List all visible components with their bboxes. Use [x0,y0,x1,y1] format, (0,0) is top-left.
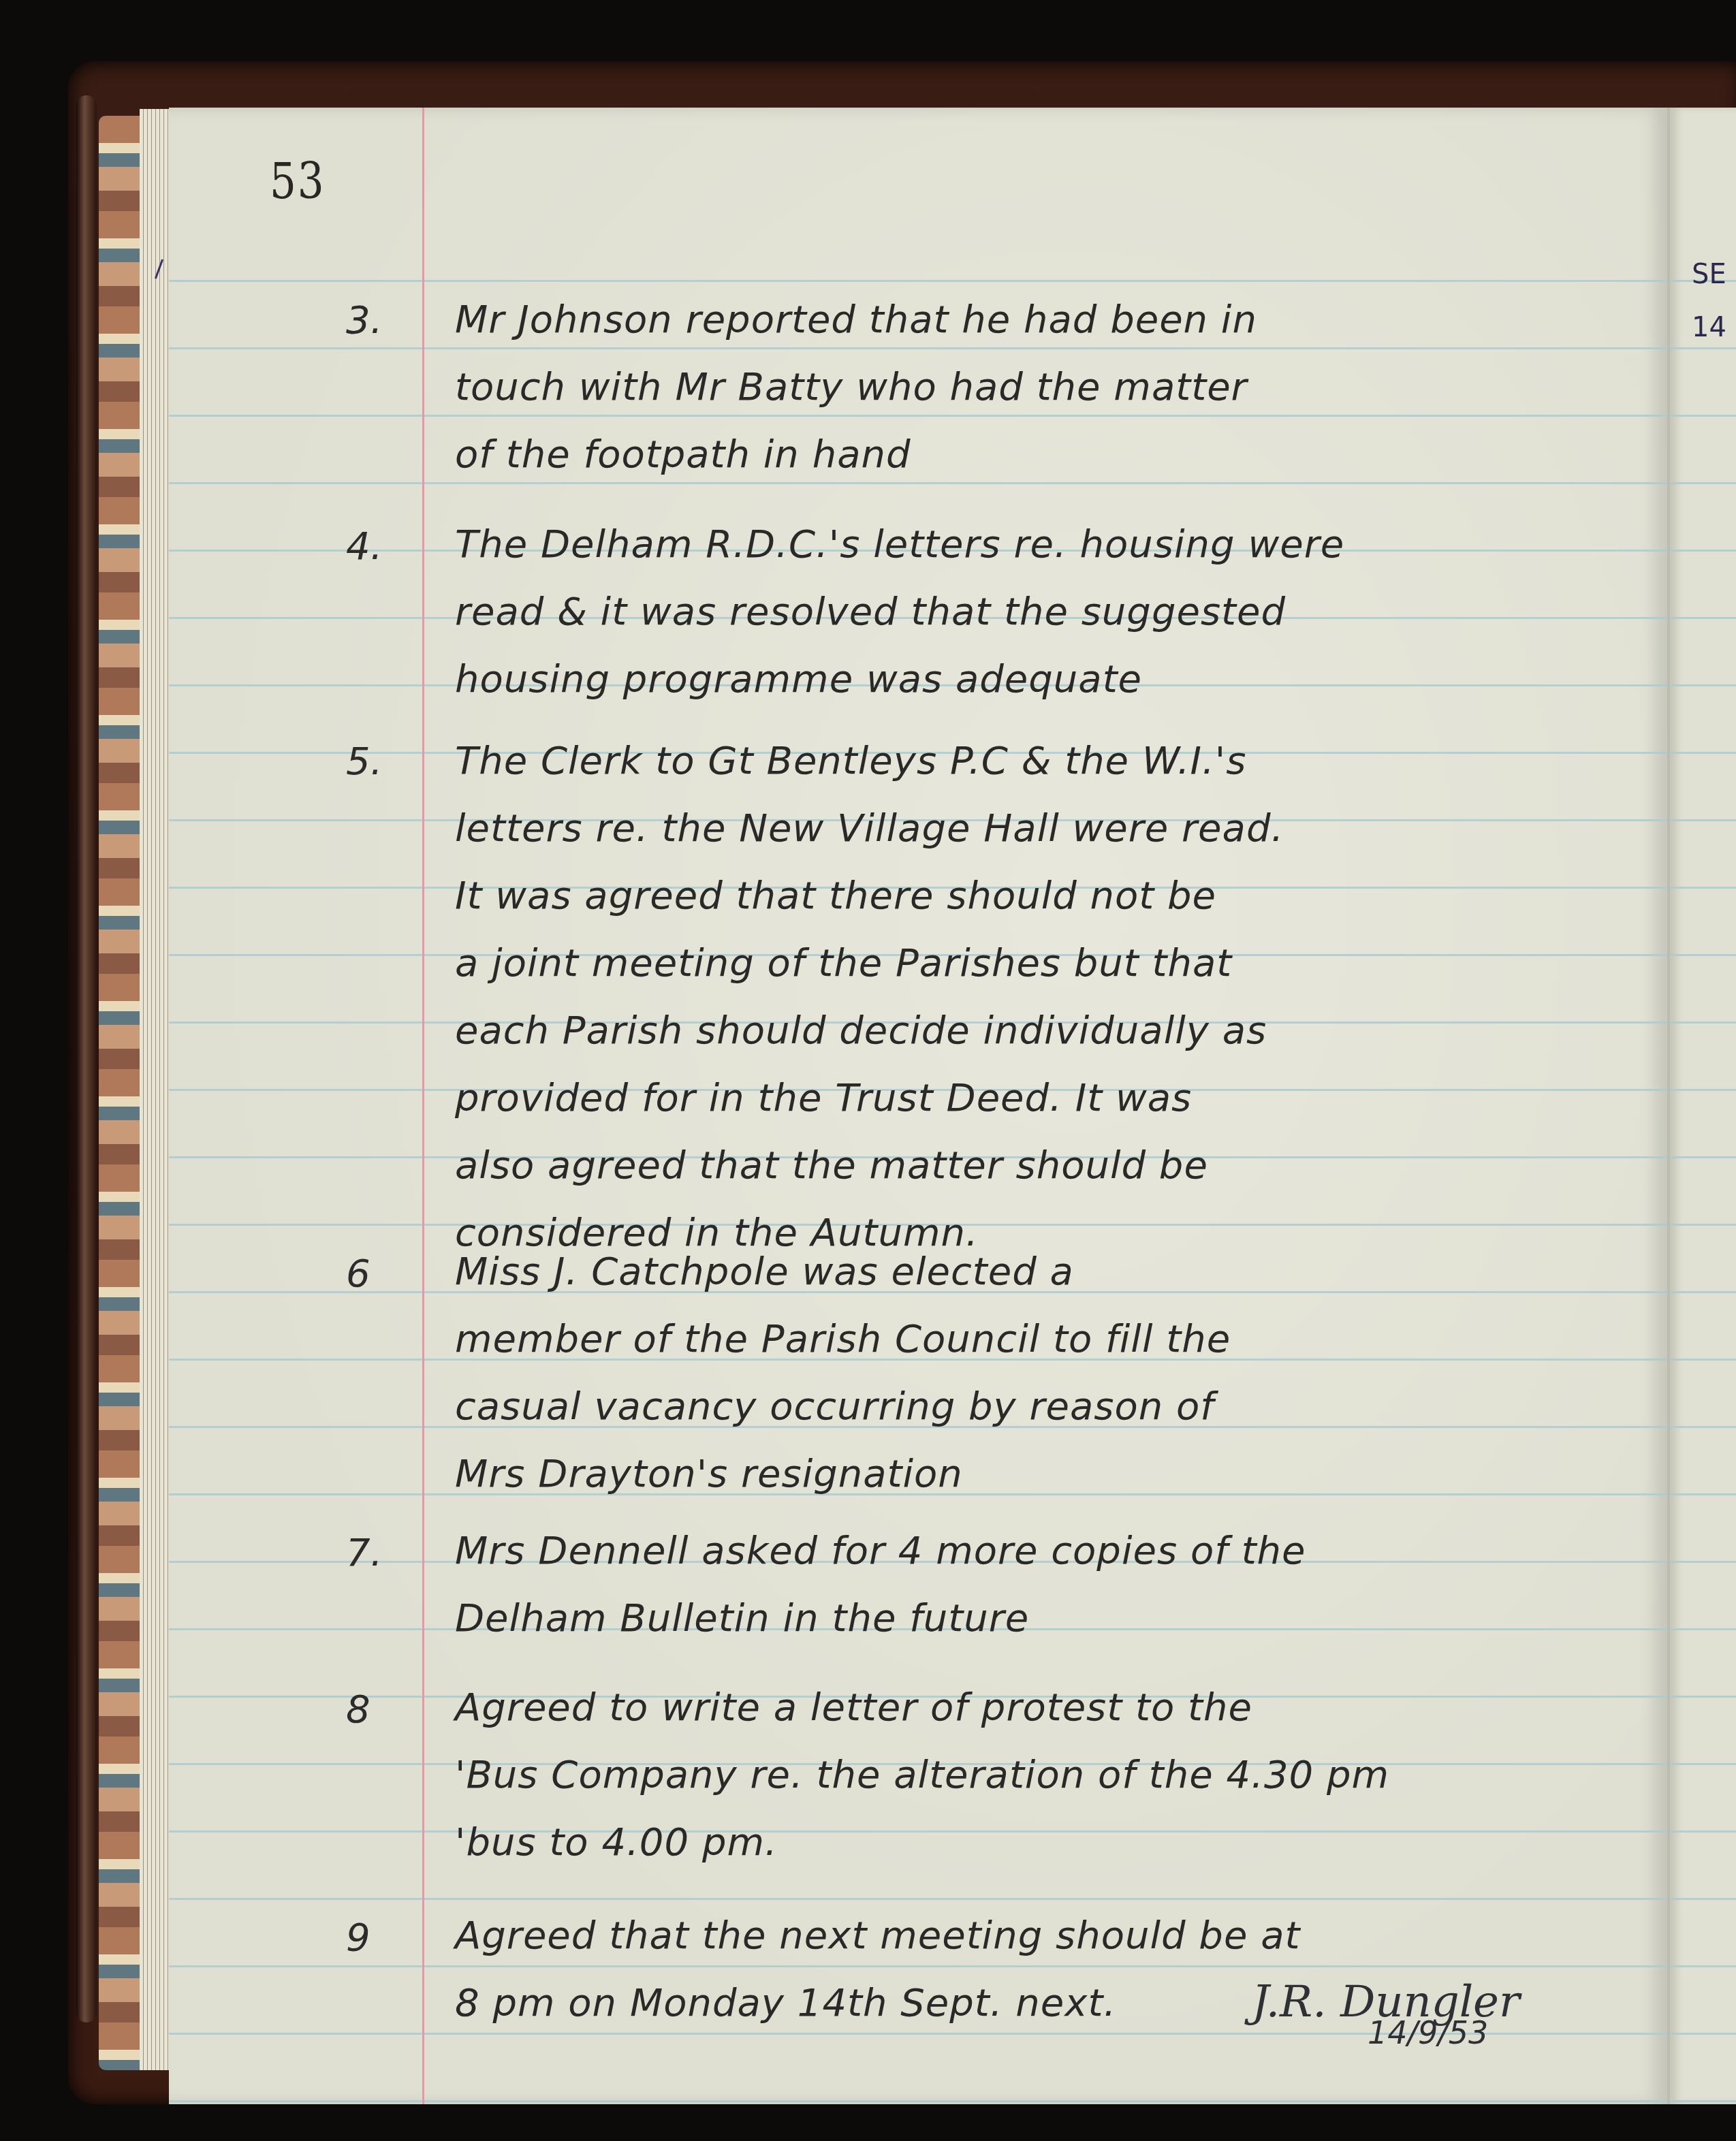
ruled-line [1670,752,1736,754]
item-line: also agreed that the matter should be [455,1132,1654,1199]
item-text: The Delham R.D.C.'s letters re. housing … [455,511,1654,713]
facing-page-text: 14 [1692,312,1726,343]
marbled-page-edges [99,116,140,2070]
ruled-line [1670,819,1736,821]
page-number: 53 [270,153,325,210]
item-number: 7. [346,1531,382,1575]
item-line: Mrs Dennell asked for 4 more copies of t… [455,1517,1654,1585]
ruled-line [1670,1224,1736,1226]
margin-line [422,108,424,2104]
page-stack [140,109,170,2070]
item-line: housing programme was adequate [455,646,1654,713]
item-number: 6 [346,1252,370,1296]
ruled-line [1670,887,1736,889]
item-line: a joint meeting of the Parishes but that [455,930,1654,997]
ruled-line [1670,415,1736,417]
item-line: Agreed to write a letter of protest to t… [455,1674,1654,1741]
item-text: Mr Johnson reported that he had been in … [455,286,1654,488]
item-text: Miss J. Catchpole was elected a member o… [455,1238,1654,1508]
ruled-line [1670,1696,1736,1698]
item-line: read & it was resolved that the suggeste… [455,578,1654,646]
ruled-line [1670,1021,1736,1024]
ruled-line [1670,347,1736,349]
ruled-line [1670,1628,1736,1630]
cover-spine-edge [76,95,97,2023]
ruled-line [1670,550,1736,552]
signature-date: 14/9/53 [1368,2014,1488,2051]
item-line: Agreed that the next meeting should be a… [455,1902,1654,1969]
item-text: Agreed to write a letter of protest to t… [455,1674,1654,1876]
ruled-line [1670,1089,1736,1091]
item-number: 3. [346,298,382,343]
item-line: 'Bus Company re. the alteration of the 4… [455,1741,1654,1809]
item-line: The Delham R.D.C.'s letters re. housing … [455,511,1654,578]
ruled-line [1670,1561,1736,1563]
item-line: Mr Johnson reported that he had been in [455,286,1654,353]
facing-page-text: SE [1692,259,1726,290]
ruled-line [169,1898,1667,1900]
ruled-line [1670,1493,1736,1495]
item-line: casual vacancy occurring by reason of [455,1373,1654,1440]
notebook-page: 53 3. Mr Johnson reported that he had be… [169,108,1667,2104]
ruled-line [169,280,1667,282]
ruled-line [1670,482,1736,484]
item-line: touch with Mr Batty who had the matter [455,353,1654,421]
ruled-line [1670,1359,1736,1361]
item-line: It was agreed that there should not be [455,862,1654,930]
ruled-line [1670,2100,1736,2102]
item-line: The Clerk to Gt Bentleys P.C & the W.I.'… [455,727,1654,795]
item-number: 8 [346,1687,370,1732]
item-text: Mrs Dennell asked for 4 more copies of t… [455,1517,1654,1652]
ruled-line [1670,1156,1736,1158]
item-number: 4. [346,524,382,569]
item-line: letters re. the New Village Hall were re… [455,795,1654,862]
item-number: 5. [346,740,382,784]
ruled-line [1670,1426,1736,1428]
ruled-line [1670,684,1736,686]
ruled-line [1670,2033,1736,2035]
item-line: member of the Parish Council to fill the [455,1305,1654,1373]
ruled-line [1670,1830,1736,1833]
ruled-line [1670,1965,1736,1967]
item-line: Mrs Drayton's resignation [455,1440,1654,1508]
item-line: Delham Bulletin in the future [455,1585,1654,1652]
ruled-line [1670,1898,1736,1900]
item-line: provided for in the Trust Deed. It was [455,1064,1654,1132]
item-text: The Clerk to Gt Bentleys P.C & the W.I.'… [455,727,1654,1267]
facing-page-edge: SE 14 [1667,108,1736,2104]
ruled-line [169,2100,1667,2102]
item-line: of the footpath in hand [455,421,1654,488]
item-number: 9 [346,1916,370,1960]
item-line: each Parish should decide individually a… [455,997,1654,1064]
ruled-line [1670,1291,1736,1293]
ruled-line [1670,1763,1736,1765]
item-line: 'bus to 4.00 pm. [455,1809,1654,1876]
ruled-line [1670,954,1736,956]
item-line: Miss J. Catchpole was elected a [455,1238,1654,1305]
ruled-line [1670,617,1736,619]
